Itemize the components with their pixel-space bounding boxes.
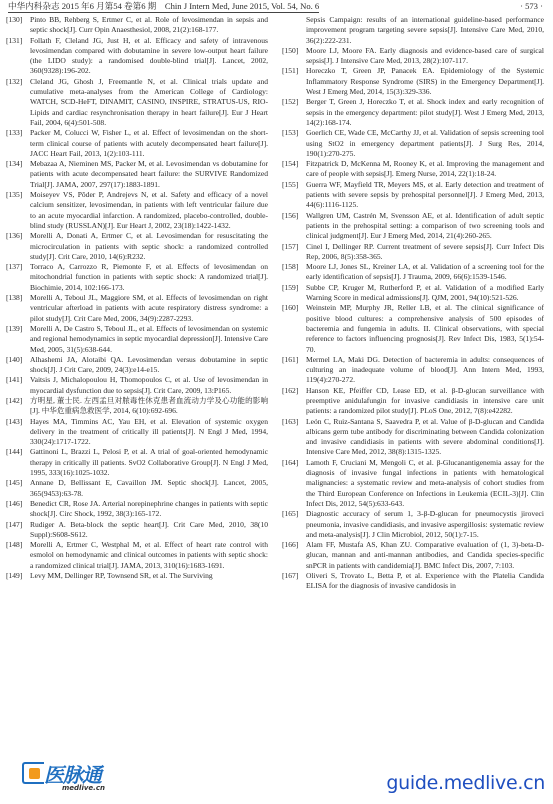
reference-item: [141]Vaitsis J, Michalopoulou H, Thomopo… bbox=[6, 375, 268, 396]
reference-item: [136]Morelli A, Donati A, Ertmer C, et a… bbox=[6, 231, 268, 262]
reference-text: Levy MM, Dellinger RP, Townsend SR, et a… bbox=[30, 571, 268, 581]
reference-number: [166] bbox=[282, 540, 298, 550]
logo-mark-icon bbox=[29, 768, 40, 779]
reference-text: Morelli A, Ertmer C, Westphal M, et al. … bbox=[30, 540, 268, 571]
reference-text: Berger T, Green J, Horeczko T, et al. Sh… bbox=[306, 97, 544, 128]
reference-number: [136] bbox=[6, 231, 22, 241]
reference-number: [163] bbox=[282, 417, 298, 427]
reference-item: [157]Cinel I, Dellinger RP. Current trea… bbox=[282, 242, 544, 263]
reference-item: [134]Mebazaa A, Nieminen MS, Packer M, e… bbox=[6, 159, 268, 190]
reference-number: [165] bbox=[282, 509, 298, 519]
reference-number: [147] bbox=[6, 520, 22, 530]
reference-item: [162]Hanson KE, Pfeiffer CD, Lease ED, e… bbox=[282, 386, 544, 417]
reference-item: [140]Alhashemi JA, Alotaibi QA. Levosime… bbox=[6, 355, 268, 376]
reference-item: [155]Guerra WF, Mayfield TR, Meyers MS, … bbox=[282, 180, 544, 211]
reference-number: [142] bbox=[6, 396, 22, 406]
reference-text: Rudiger A. Beta-block the septic heart[J… bbox=[30, 520, 268, 541]
reference-text: Fitzpatrick D, McKenna M, Rooney K, et a… bbox=[306, 159, 544, 180]
reference-number: [139] bbox=[6, 324, 22, 334]
reference-number: [157] bbox=[282, 242, 298, 252]
reference-text: Morelli A, Teboul JL, Maggiore SM, et al… bbox=[30, 293, 268, 324]
reference-number: [158] bbox=[282, 262, 298, 272]
reference-column-left: [130]Pinto BB, Rehberg S, Ertmer C, et a… bbox=[6, 15, 268, 581]
reference-item: [146]Benedict CR, Rose JA. Arterial nore… bbox=[6, 499, 268, 520]
reference-text: Morelli A, Donati A, Ertmer C, et al. Le… bbox=[30, 231, 268, 262]
reference-item: [147]Rudiger A. Beta-block the septic he… bbox=[6, 520, 268, 541]
reference-item: [130]Pinto BB, Rehberg S, Ertmer C, et a… bbox=[6, 15, 268, 36]
reference-item: [132]Cleland JG, Ghosh J, Freemantle N, … bbox=[6, 77, 268, 128]
reference-item: [156]Wallgren UM, Castrén M, Svensson AE… bbox=[282, 211, 544, 242]
reference-text: 方明星, 董士民. 左西孟旦对脓毒性休克患者血流动力学及心功能的影响[J]. 中… bbox=[30, 396, 268, 417]
reference-text: Cinel I, Dellinger RP. Current treatment… bbox=[306, 242, 544, 263]
reference-item: [152]Berger T, Green J, Horeczko T, et a… bbox=[282, 97, 544, 128]
reference-text: Hanson KE, Pfeiffer CD, Lease ED, et al.… bbox=[306, 386, 544, 417]
reference-number: [131] bbox=[6, 36, 22, 46]
reference-text: Gattinoni L, Brazzi L, Pelosi P, et al. … bbox=[30, 447, 268, 478]
reference-item: Sepsis Campaign: results of an internati… bbox=[282, 15, 544, 46]
reference-item: [142]方明星, 董士民. 左西孟旦对脓毒性休克患者血流动力学及心功能的影响[… bbox=[6, 396, 268, 417]
reference-text: Mermel LA, Maki DG. Detection of bactere… bbox=[306, 355, 544, 386]
reference-number: [133] bbox=[6, 128, 22, 138]
reference-text: Sepsis Campaign: results of an internati… bbox=[306, 15, 544, 46]
reference-number: [149] bbox=[6, 571, 22, 581]
reference-number: [167] bbox=[282, 571, 298, 581]
reference-number: [152] bbox=[282, 97, 298, 107]
reference-text: Wallgren UM, Castrén M, Svensson AE, et … bbox=[306, 211, 544, 242]
medlive-logo: 医脉通 medlive.cn bbox=[22, 762, 112, 800]
reference-number: [134] bbox=[6, 159, 22, 169]
reference-text: Horeczko T, Green JP, Panacek EA. Epidem… bbox=[306, 66, 544, 97]
reference-number: [154] bbox=[282, 159, 298, 169]
reference-number: [156] bbox=[282, 211, 298, 221]
reference-number: [135] bbox=[6, 190, 22, 200]
reference-number: [151] bbox=[282, 66, 298, 76]
reference-text: Hayes MA, Timmins AC, Yau EH, et al. Ele… bbox=[30, 417, 268, 448]
reference-text: Moiseyev VS, Põder P, Andrejevs N, et al… bbox=[30, 190, 268, 231]
reference-number: [141] bbox=[6, 375, 22, 385]
reference-text: Benedict CR, Rose JA. Arterial norepinep… bbox=[30, 499, 268, 520]
reference-number: [145] bbox=[6, 478, 22, 488]
reference-number: [132] bbox=[6, 77, 22, 87]
reference-item: [143]Hayes MA, Timmins AC, Yau EH, et al… bbox=[6, 417, 268, 448]
reference-number: [138] bbox=[6, 293, 22, 303]
reference-text: Mebazaa A, Nieminen MS, Packer M, et al.… bbox=[30, 159, 268, 190]
reference-text: Annane D, Bellissant E, Cavaillon JM. Se… bbox=[30, 478, 268, 499]
reference-number: [146] bbox=[6, 499, 22, 509]
reference-text: Torraco A, Carrozzo R, Piemonte F, et al… bbox=[30, 262, 268, 293]
reference-item: [137]Torraco A, Carrozzo R, Piemonte F, … bbox=[6, 262, 268, 293]
reference-number: [155] bbox=[282, 180, 298, 190]
reference-item: [145]Annane D, Bellissant E, Cavaillon J… bbox=[6, 478, 268, 499]
reference-item: [166]Alam FF, Mustafa AS, Khan ZU. Compa… bbox=[282, 540, 544, 571]
reference-number: [130] bbox=[6, 15, 22, 25]
reference-text: Oliveri S, Trovato L, Betta P, et al. Ex… bbox=[306, 571, 544, 592]
footer-url[interactable]: guide.medlive.cn bbox=[386, 772, 545, 794]
reference-item: [150]Moore LJ, Moore FA. Early diagnosis… bbox=[282, 46, 544, 67]
reference-text: Pinto BB, Rehberg S, Ertmer C, et al. Ro… bbox=[30, 15, 268, 36]
reference-number: [150] bbox=[282, 46, 298, 56]
reference-number: [144] bbox=[6, 447, 22, 457]
reference-text: Weinstein MP, Murphy JR, Reller LB, et a… bbox=[306, 303, 544, 354]
reference-item: [139]Morelli A, De Castro S, Teboul JL, … bbox=[6, 324, 268, 355]
reference-number: [159] bbox=[282, 283, 298, 293]
reference-text: Packer M, Colucci W, Fisher L, et al. Ef… bbox=[30, 128, 268, 159]
reference-item: [164]Lamoth F, Cruciani M, Mengoli C, et… bbox=[282, 458, 544, 509]
reference-item: [148]Morelli A, Ertmer C, Westphal M, et… bbox=[6, 540, 268, 571]
reference-number: [143] bbox=[6, 417, 22, 427]
reference-item: [161]Mermel LA, Maki DG. Detection of ba… bbox=[282, 355, 544, 386]
reference-text: Moore LJ, Jones SL, Kreiner LA, et al. V… bbox=[306, 262, 544, 283]
reference-text: Alhashemi JA, Alotaibi QA. Levosimendan … bbox=[30, 355, 268, 376]
reference-text: Goerlich CE, Wade CE, McCarthy JJ, et al… bbox=[306, 128, 544, 159]
reference-text: Lamoth F, Cruciani M, Mengoli C, et al. … bbox=[306, 458, 544, 509]
reference-item: [138]Morelli A, Teboul JL, Maggiore SM, … bbox=[6, 293, 268, 324]
reference-number: [140] bbox=[6, 355, 22, 365]
logo-subtext: medlive.cn bbox=[62, 784, 105, 792]
reference-text: Cleland JG, Ghosh J, Freemantle N, et al… bbox=[30, 77, 268, 128]
reference-item: [160]Weinstein MP, Murphy JR, Reller LB,… bbox=[282, 303, 544, 354]
reference-text: Morelli A, De Castro S, Teboul JL, et al… bbox=[30, 324, 268, 355]
reference-item: [154]Fitzpatrick D, McKenna M, Rooney K,… bbox=[282, 159, 544, 180]
logo-frame-icon bbox=[22, 762, 44, 784]
page-number: · 573 · bbox=[520, 0, 543, 12]
reference-item: [151]Horeczko T, Green JP, Panacek EA. E… bbox=[282, 66, 544, 97]
reference-number: [148] bbox=[6, 540, 22, 550]
reference-text: Subbe CP, Kruger M, Rutherford P, et al.… bbox=[306, 283, 544, 304]
running-header: 中华内科杂志 2015 年6 月第54 卷第6 期 Chin J Intern … bbox=[8, 0, 548, 13]
reference-item: [167]Oliveri S, Trovato L, Betta P, et a… bbox=[282, 571, 544, 592]
reference-text: Alam FF, Mustafa AS, Khan ZU. Comparativ… bbox=[306, 540, 544, 571]
reference-number: [161] bbox=[282, 355, 298, 365]
reference-text: Guerra WF, Mayfield TR, Meyers MS, et al… bbox=[306, 180, 544, 211]
reference-item: [158]Moore LJ, Jones SL, Kreiner LA, et … bbox=[282, 262, 544, 283]
reference-item: [153]Goerlich CE, Wade CE, McCarthy JJ, … bbox=[282, 128, 544, 159]
reference-number: [153] bbox=[282, 128, 298, 138]
reference-number: [160] bbox=[282, 303, 298, 313]
reference-number: [164] bbox=[282, 458, 298, 468]
reference-text: León C, Ruiz-Santana S, Saavedra P, et a… bbox=[306, 417, 544, 458]
reference-number: [137] bbox=[6, 262, 22, 272]
reference-item: [133]Packer M, Colucci W, Fisher L, et a… bbox=[6, 128, 268, 159]
reference-item: [144]Gattinoni L, Brazzi L, Pelosi P, et… bbox=[6, 447, 268, 478]
reference-item: [165]Diagnostic accuracy of serum 1, 3-β… bbox=[282, 509, 544, 540]
reference-item: [163]León C, Ruiz-Santana S, Saavedra P,… bbox=[282, 417, 544, 458]
journal-line: 中华内科杂志 2015 年6 月第54 卷第6 期 Chin J Intern … bbox=[8, 0, 319, 13]
reference-item: [131]Follath F, Cleland JG, Just H, et a… bbox=[6, 36, 268, 77]
reference-text: Follath F, Cleland JG, Just H, et al. Ef… bbox=[30, 36, 268, 77]
reference-item: [135]Moiseyev VS, Põder P, Andrejevs N, … bbox=[6, 190, 268, 231]
reference-number: [162] bbox=[282, 386, 298, 396]
reference-item: [159]Subbe CP, Kruger M, Rutherford P, e… bbox=[282, 283, 544, 304]
reference-text: Moore LJ, Moore FA. Early diagnosis and … bbox=[306, 46, 544, 67]
reference-text: Vaitsis J, Michalopoulou H, Thomopoulos … bbox=[30, 375, 268, 396]
reference-item: [149]Levy MM, Dellinger RP, Townsend SR,… bbox=[6, 571, 268, 581]
reference-text: Diagnostic accuracy of serum 1, 3-β-D-gl… bbox=[306, 509, 544, 540]
reference-column-right: Sepsis Campaign: results of an internati… bbox=[282, 15, 544, 592]
